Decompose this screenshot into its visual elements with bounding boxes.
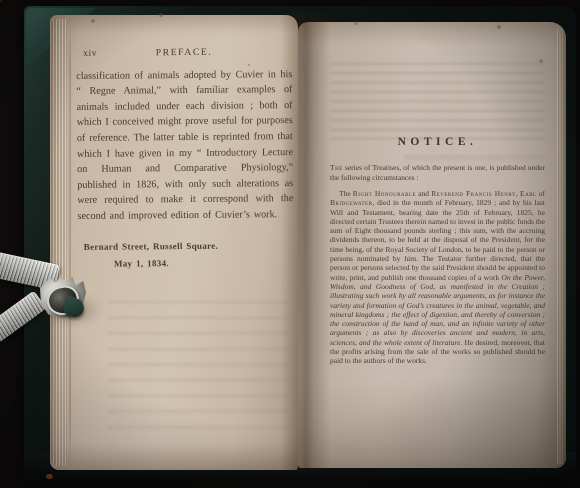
preface-paragraph: classification of animals adopted by Cuv…	[76, 67, 293, 225]
left-page-header: xiv PREFACE.	[76, 44, 292, 61]
notice-body: The Right Honourable and Reverend Franci…	[330, 189, 545, 366]
left-page-text-block: xiv PREFACE. classification of animals a…	[76, 44, 294, 273]
left-page-fore-edge	[50, 19, 67, 466]
page-number: xiv	[83, 46, 97, 62]
right-page: NOTICE. The series of Treatises, of whic…	[298, 22, 566, 468]
foxing-specks	[0, 0, 2, 2]
left-page-showthrough	[108, 300, 288, 440]
signature-date: May 1, 1834.	[114, 255, 294, 272]
right-page-text-block: NOTICE. The series of Treatises, of whic…	[330, 136, 545, 366]
right-page-edge-stack	[557, 28, 566, 464]
left-page: xiv PREFACE. classification of animals a…	[50, 15, 298, 470]
left-page-crease	[69, 15, 71, 470]
cover-wear-speck	[46, 474, 53, 479]
signature-address: Bernard Street, Russell Square.	[84, 238, 294, 255]
notice-heading: NOTICE.	[330, 136, 545, 148]
running-title: PREFACE.	[156, 47, 213, 58]
book-photo: xiv PREFACE. classification of animals a…	[0, 0, 580, 488]
notice-intro: The series of Treatises, of which the pr…	[330, 163, 545, 182]
